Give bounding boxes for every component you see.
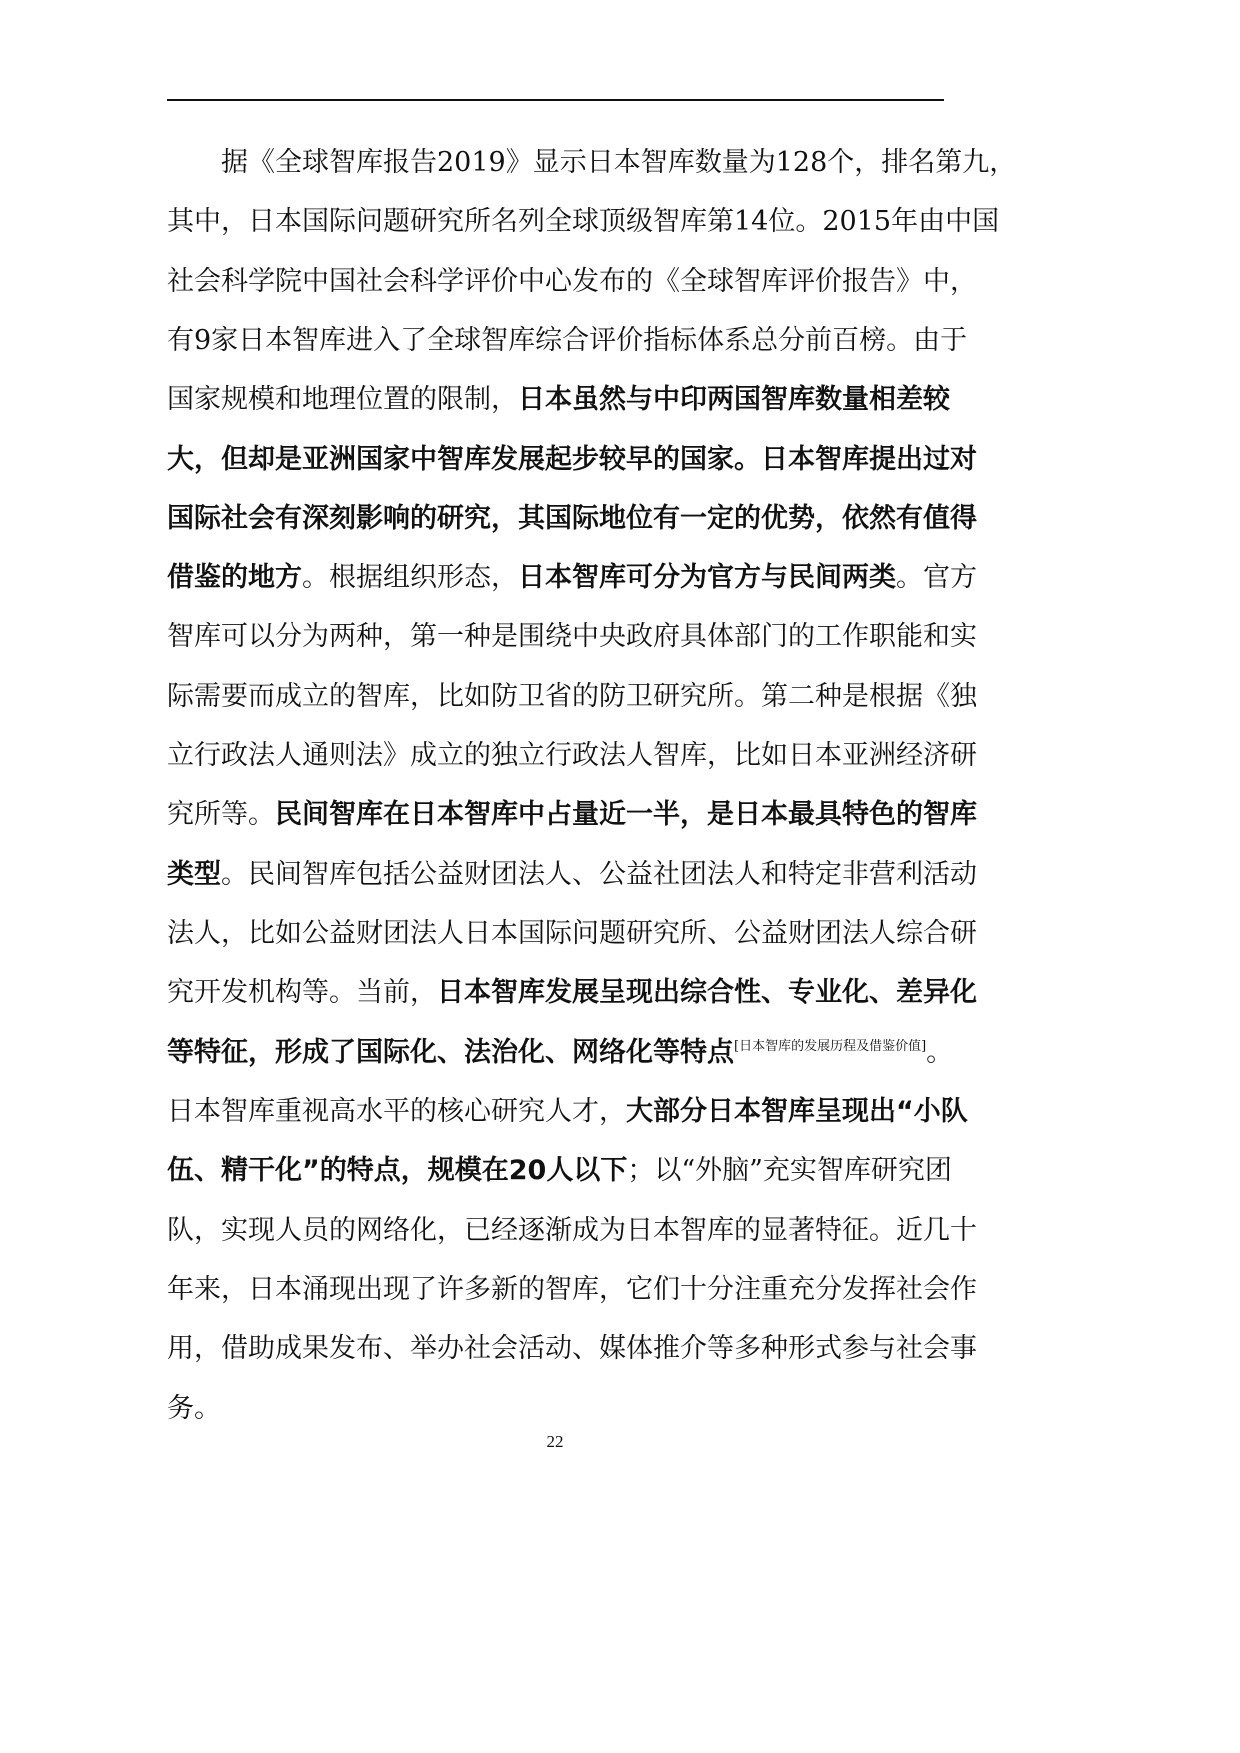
text-segment: 。官方: [896, 562, 977, 593]
text-line: 伍、精干化”的特点，规模在20人以下；以“外脑”充实智库研究团: [167, 1151, 944, 1191]
text-line: 类型。民间智库包括公益财团法人、公益社团法人和特定非营利活动: [167, 855, 944, 895]
bold-text: 大部分日本智库呈现出“小队: [626, 1096, 968, 1127]
text-segment: 务。: [167, 1393, 221, 1424]
text-line: 年来，日本涌现出现了许多新的智库，它们十分注重充分发挥社会作: [167, 1270, 944, 1310]
citation-reference: [日本智库的发展历程及借鉴价值]: [734, 1039, 926, 1054]
text-segment: 年来，日本涌现出现了许多新的智库，它们十分注重充分发挥社会作: [167, 1274, 977, 1305]
text-line: 究所等。民间智库在日本智库中占量近一半，是日本最具特色的智库: [167, 795, 944, 835]
text-line: 法人，比如公益财团法人日本国际问题研究所、公益财团法人综合研: [167, 914, 944, 954]
text-line: 国际社会有深刻影响的研究，其国际地位有一定的优势，依然有值得: [167, 499, 944, 539]
text-segment: 国家规模和地理位置的限制，: [167, 384, 518, 415]
text-line: 立行政法人通则法》成立的独立行政法人智库，比如日本亚洲经济研: [167, 736, 944, 776]
text-line: 有9家日本智库进入了全球智库综合评价指标体系总分前百榜。由于: [167, 321, 944, 361]
text-segment: ；以“外脑”充实智库研究团: [627, 1155, 952, 1186]
text-segment: 。: [926, 1037, 953, 1068]
text-segment: 据《全球智库报告2019》显示日本智库数量为128个，排名第九，: [167, 147, 1016, 178]
header-rule: [167, 99, 944, 101]
bold-text: 国际社会有深刻影响的研究，其国际地位有一定的优势，依然有值得: [167, 503, 977, 534]
bold-text: 民间智库在日本智库中占量近一半，是日本最具特色的智库: [275, 799, 977, 830]
text-line: 大，但却是亚洲国家中智库发展起步较早的国家。日本智库提出过对: [167, 440, 944, 480]
text-segment: 法人，比如公益财团法人日本国际问题研究所、公益财团法人综合研: [167, 918, 977, 949]
bold-text: 伍、精干化”的特点，规模在20人以下: [167, 1155, 627, 1186]
text-segment: 究所等。: [167, 799, 275, 830]
text-line: 等特征，形成了国际化、法治化、网络化等特点[日本智库的发展历程及借鉴价值]。: [167, 1033, 944, 1073]
bold-text: 等特征，形成了国际化、法治化、网络化等特点: [167, 1037, 734, 1068]
text-segment: 队，实现人员的网络化，已经逐渐成为日本智库的显著特征。近几十: [167, 1215, 977, 1246]
text-line: 借鉴的地方。根据组织形态，日本智库可分为官方与民间两类。官方: [167, 558, 944, 598]
bold-text: 日本智库可分为官方与民间两类: [518, 562, 896, 593]
text-line: 国家规模和地理位置的限制，日本虽然与中印两国智库数量相差较: [167, 380, 944, 420]
text-segment: 有9家日本智库进入了全球智库综合评价指标体系总分前百榜。由于: [167, 325, 967, 356]
bold-text: 日本智库发展呈现出综合性、专业化、差异化: [437, 977, 977, 1008]
text-line: 其中，日本国际问题研究所名列全球顶级智库第14位。2015年由中国: [167, 202, 944, 242]
text-segment: 。民间智库包括公益财团法人、公益社团法人和特定非营利活动: [221, 859, 977, 890]
bold-text: 大，但却是亚洲国家中智库发展起步较早的国家。日本智库提出过对: [167, 444, 977, 475]
text-line: 智库可以分为两种，第一种是围绕中央政府具体部门的工作职能和实: [167, 617, 944, 657]
bold-text: 类型: [167, 859, 221, 890]
text-line: 社会科学院中国社会科学评价中心发布的《全球智库评价报告》中，: [167, 262, 944, 302]
text-line: 日本智库重视高水平的核心研究人才，大部分日本智库呈现出“小队: [167, 1092, 944, 1132]
text-line: 务。: [167, 1389, 944, 1429]
text-segment: 智库可以分为两种，第一种是围绕中央政府具体部门的工作职能和实: [167, 621, 977, 652]
bold-text: 借鉴的地方: [167, 562, 302, 593]
text-segment: 究开发机构等。当前，: [167, 977, 437, 1008]
text-line: 用，借助成果发布、举办社会活动、媒体推介等多种形式参与社会事: [167, 1329, 944, 1369]
text-segment: 社会科学院中国社会科学评价中心发布的《全球智库评价报告》中，: [167, 266, 977, 297]
text-segment: 日本智库重视高水平的核心研究人才，: [167, 1096, 626, 1127]
bold-text: 日本虽然与中印两国智库数量相差较: [518, 384, 950, 415]
text-segment: 际需要而成立的智库，比如防卫省的防卫研究所。第二种是根据《独: [167, 681, 977, 712]
text-segment: 立行政法人通则法》成立的独立行政法人智库，比如日本亚洲经济研: [167, 740, 977, 771]
text-segment: 用，借助成果发布、举办社会活动、媒体推介等多种形式参与社会事: [167, 1333, 977, 1364]
text-segment: 其中，日本国际问题研究所名列全球顶级智库第14位。2015年由中国: [167, 206, 999, 237]
text-segment: 。根据组织形态，: [302, 562, 518, 593]
text-line: 据《全球智库报告2019》显示日本智库数量为128个，排名第九，: [167, 143, 944, 183]
text-line: 队，实现人员的网络化，已经逐渐成为日本智库的显著特征。近几十: [167, 1211, 944, 1251]
text-line: 际需要而成立的智库，比如防卫省的防卫研究所。第二种是根据《独: [167, 677, 944, 717]
text-line: 究开发机构等。当前，日本智库发展呈现出综合性、专业化、差异化: [167, 973, 944, 1013]
page-number: 22: [0, 1432, 1110, 1452]
